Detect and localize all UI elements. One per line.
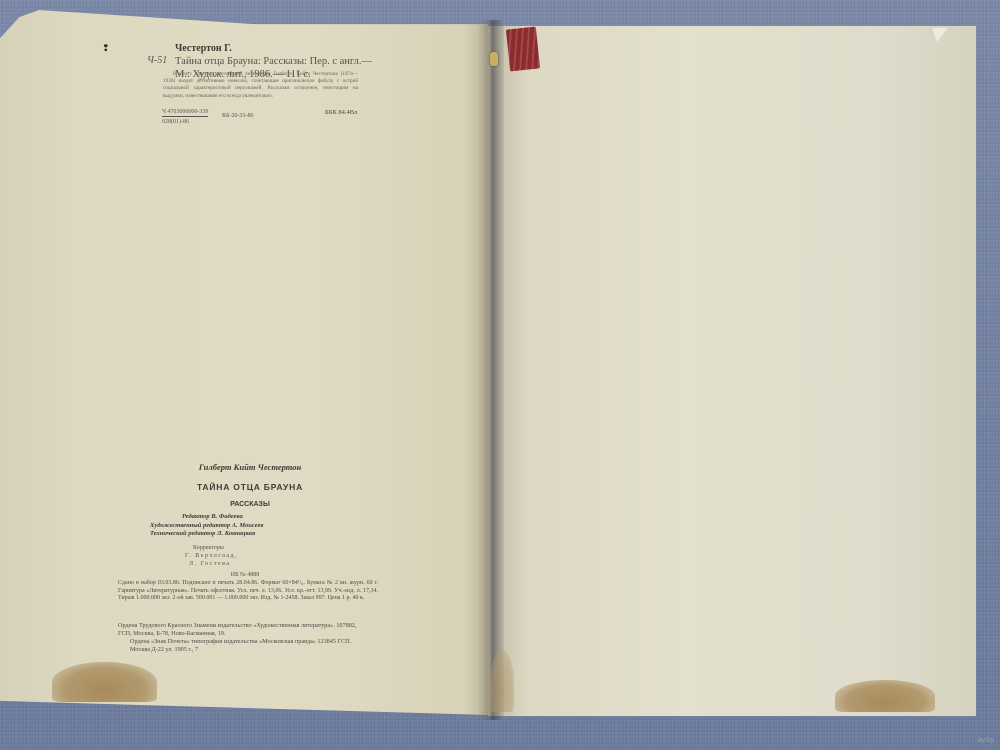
- art-editor: Художественный редактор А. Моисеев: [150, 522, 350, 531]
- catalog-annotation: В книгу классика английской литературы Г…: [163, 71, 358, 100]
- imprint-author: Гилберт Кийт Честертон: [160, 462, 340, 472]
- imprint-ib-number: ИБ № 4888: [205, 572, 285, 578]
- imprint-subtitle: РАССКАЗЫ: [160, 501, 340, 508]
- right-page-stain: [835, 680, 935, 712]
- correctors-label: Корректоры: [175, 544, 325, 552]
- left-page-stain: [52, 662, 157, 702]
- corrector-2: Л. Гостева: [175, 560, 325, 568]
- ink-mark: ❢: [102, 43, 110, 54]
- publisher-line-2: Ордена «Знак Почета» типография издатель…: [118, 638, 368, 654]
- catalog-index: Ч-51: [147, 55, 167, 66]
- imprint-title: ТАЙНА ОТЦА БРАУНА: [160, 482, 340, 492]
- publisher-line-1: Ордена Трудового Красного Знамени издате…: [118, 622, 368, 638]
- catalog-bbk-code: ББК 84.4Вл: [325, 109, 357, 116]
- corrector-1: Г. Верхоглад,: [175, 552, 325, 560]
- watermark: ay.by: [978, 737, 994, 744]
- red-tape-remnant: [506, 27, 540, 72]
- imprint-editors: Редактор В. Фадеева Художественный редак…: [150, 513, 350, 539]
- catalog-code-bottom: 028(01)-86: [162, 119, 189, 125]
- right-page: [488, 26, 976, 716]
- imprint-publisher: Ордена Трудового Красного Знамени издате…: [118, 622, 368, 654]
- catalog-code-top: Ч 4703000000-339: [162, 109, 208, 117]
- catalog-kb-code: КБ-20-33-86: [222, 113, 253, 119]
- spine-stain: [490, 650, 514, 712]
- editor: Редактор В. Фадеева: [150, 513, 350, 522]
- book-spine: [478, 20, 504, 720]
- tech-editor: Технический редактор Л. Ковнацкая: [150, 530, 350, 539]
- staple: [490, 52, 498, 66]
- imprint-correctors: Корректоры Г. Верхоглад, Л. Гостева: [175, 544, 325, 568]
- catalog-author: Честертон Г.: [175, 43, 232, 54]
- imprint-print-details: Сдано в набор 03.03.86. Подписано в печа…: [118, 580, 378, 603]
